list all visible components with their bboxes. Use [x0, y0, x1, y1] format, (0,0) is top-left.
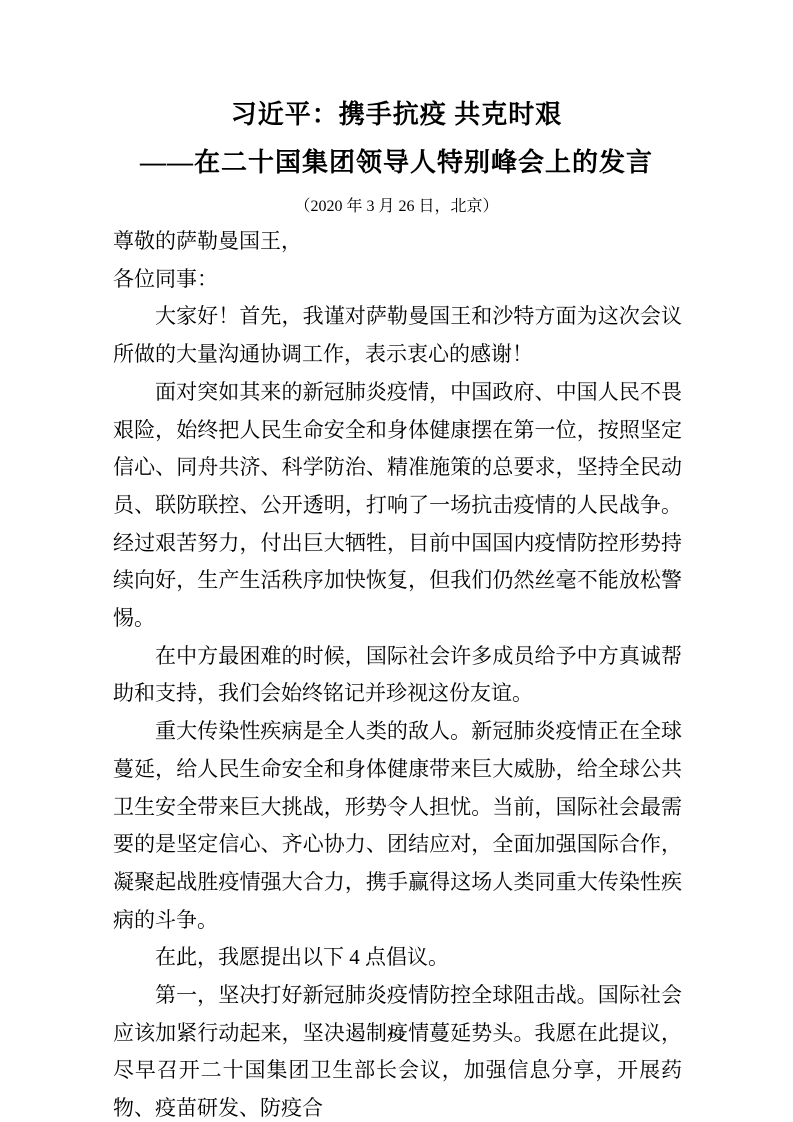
- document-body: 尊敬的萨勒曼国王， 各位同事： 大家好！首先，我谨对萨勒曼国王和沙特方面为这次会…: [113, 223, 682, 1122]
- document-title: 习近平：携手抗疫 共克时艰: [0, 0, 793, 129]
- paragraph-global-threat-cooperation: 重大传染性疾病是全人类的敌人。新冠肺炎疫情正在全球蔓延，给人民生命安全和身体健康…: [113, 713, 682, 939]
- salutation-line-colleagues: 各位同事：: [113, 261, 682, 299]
- page-number: 61: [0, 1027, 793, 1043]
- dateline: （2020 年 3 月 26 日，北京）: [0, 197, 793, 216]
- document-subtitle: ——在二十国集团领导人特别峰会上的发言: [0, 149, 793, 177]
- paragraph-four-proposals-intro: 在此，我愿提出以下 4 点倡议。: [113, 939, 682, 977]
- document-page: 习近平：携手抗疫 共克时艰 ——在二十国集团领导人特别峰会上的发言 （2020 …: [0, 0, 793, 1122]
- paragraph-greeting-thanks: 大家好！首先，我谨对萨勒曼国王和沙特方面为这次会议所做的大量沟通协调工作，表示衷…: [113, 298, 682, 373]
- paragraph-china-epidemic-response: 面对突如其来的新冠肺炎疫情，中国政府、中国人民不畏艰险，始终把人民生命安全和身体…: [113, 374, 682, 638]
- salutation-line-king: 尊敬的萨勒曼国王，: [113, 223, 682, 261]
- paragraph-proposal-one: 第一，坚决打好新冠肺炎疫情防控全球阻击战。国际社会应该加紧行动起来，坚决遏制疫情…: [113, 977, 682, 1122]
- paragraph-international-support: 在中方最困难的时候，国际社会许多成员给予中方真诚帮助和支持，我们会始终铭记并珍视…: [113, 638, 682, 713]
